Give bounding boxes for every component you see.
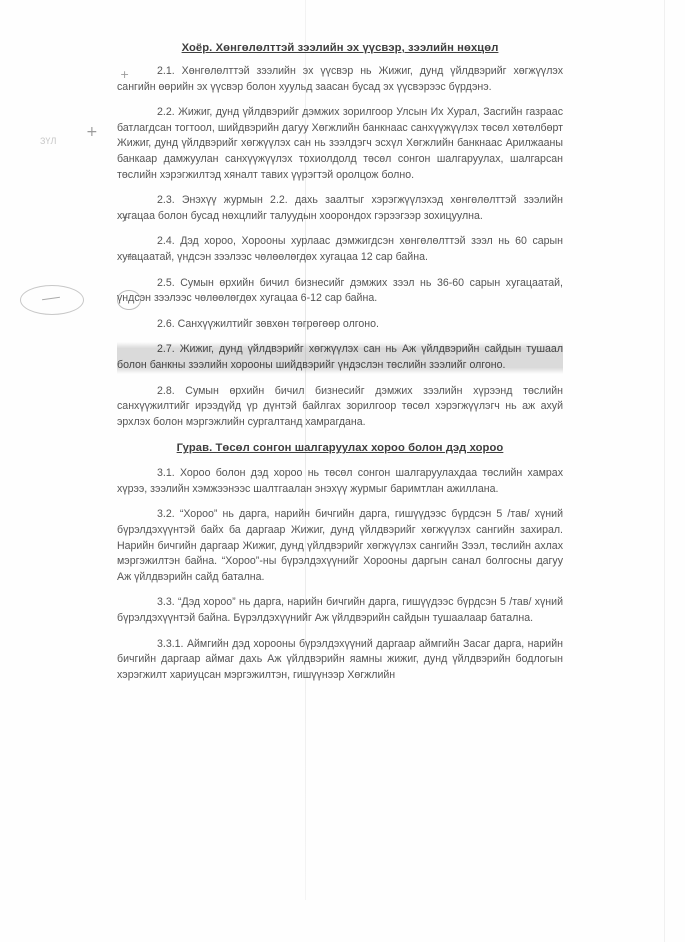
handwritten-margin-note: ЗҮЛ	[40, 136, 56, 146]
scanned-document-page: + + ЗҮЛ + + Хоёр. Хөнгөлөлттэй зээлийн э…	[0, 0, 685, 942]
section-heading-2: Хоёр. Хөнгөлөлттэй зээлийн эх үүсвэр, зэ…	[117, 40, 563, 56]
clause-2-2: 2.2. Жижиг, дунд үйлдвэрийг дэмжих зорил…	[117, 105, 563, 183]
clause-3-1: 3.1. Хороо болон дэд хороо нь төсөл сонг…	[117, 466, 563, 497]
clause-2-3: 2.3. Энэхүү журмын 2.2. дахь заалтыг хэр…	[117, 193, 563, 224]
clause-2-5: 2.5. Сумын өрхийн бичил бизнесийг дэмжих…	[117, 276, 563, 307]
clause-2-8: 2.8. Сумын өрхийн бичил бизнесийг дэмжих…	[117, 384, 563, 431]
clause-2-4: 2.4. Дэд хороо, Хорооны хурлаас дэмжигдс…	[117, 234, 563, 265]
document-body: Хоёр. Хөнгөлөлттэй зээлийн эх үүсвэр, зэ…	[117, 40, 563, 683]
clause-3-3: 3.3. “Дэд хороо” нь дарга, нарийн бичгий…	[117, 595, 563, 626]
page-edge-line	[664, 0, 665, 942]
clause-3-3-1: 3.3.1. Аймгийн дэд хорооны бүрэлдэхүүний…	[117, 637, 563, 684]
clause-2-7-highlighted: 2.7. Жижиг, дунд үйлдвэрийг хөгжүүлэх са…	[117, 342, 563, 373]
handwritten-check-mark: +	[86, 125, 98, 139]
clause-2-1: 2.1. Хөнгөлөлттэй зээлийн эх үүсвэр нь Ж…	[117, 64, 563, 95]
clause-2-6: 2.6. Санхүүжилтийг зөвхөн төгрөгөөр олго…	[117, 317, 563, 333]
handwritten-oval-mark	[20, 285, 84, 315]
clause-3-2: 3.2. “Хороо” нь дарга, нарийн бичгийн да…	[117, 507, 563, 585]
section-heading-3: Гурав. Төсөл сонгон шалгаруулах хороо бо…	[117, 440, 563, 456]
